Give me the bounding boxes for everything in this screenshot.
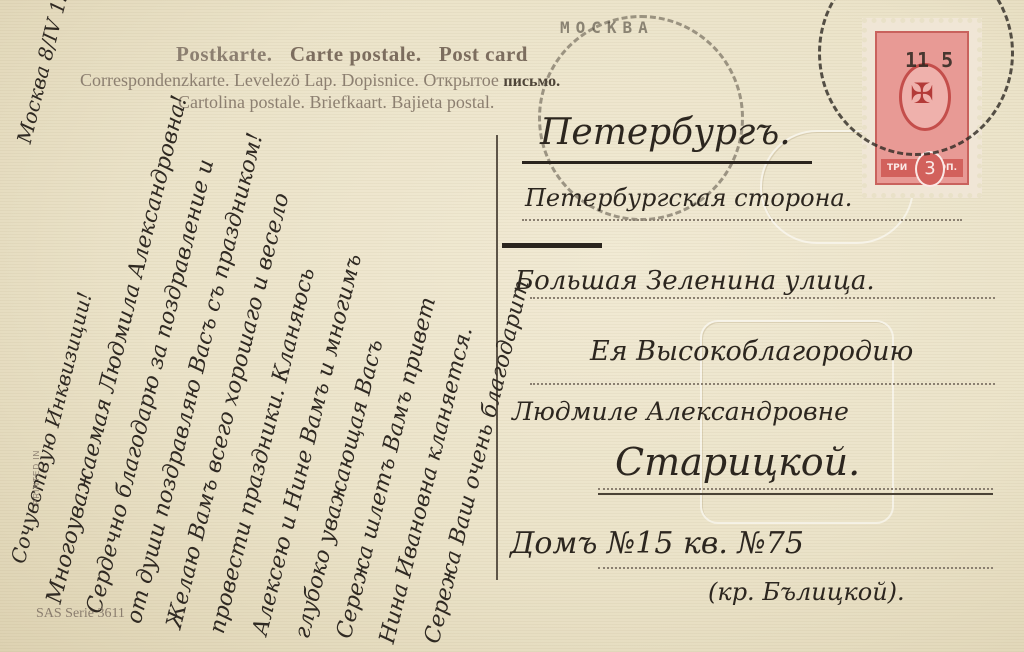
address-honorific: Ея Высокоблагородию [590, 336, 913, 367]
address-given-names: Людмиле Александровне [512, 397, 849, 426]
message-date: Москва 8/IV 19 11 г. [12, 0, 87, 146]
address-dash [502, 243, 602, 248]
postmark-date: 11 5 [905, 48, 953, 72]
city-underline [522, 161, 812, 164]
address-line-4 [598, 488, 993, 490]
address-city: Петербургъ. [540, 112, 791, 153]
address-note: (кр. Бълицкой). [708, 578, 905, 606]
surname-underline [598, 493, 993, 495]
address-line-1 [522, 219, 962, 221]
stamp-left-label: ТРИ [887, 163, 907, 173]
address-surname: Старицкой. [615, 440, 860, 484]
publisher-series-mark: SAS Serie 3611 [36, 606, 125, 622]
handwritten-message: Москва 8/IV 19 11 г. Многоуважаемая Людм… [0, 0, 500, 652]
postmark-city: МОСКВА [560, 18, 654, 37]
address-house: Домъ №15 кв. №75 [510, 526, 804, 561]
address-line-2 [530, 297, 995, 299]
address-line-3 [530, 383, 995, 385]
address-district: Петербургская сторона. [525, 184, 852, 212]
printed-in-mark: PRINTED IN [32, 450, 41, 505]
postcard-back: Postkarte. Carte postale. Post card Corr… [0, 0, 1024, 652]
address-street: Большая Зеленина улица. [515, 266, 875, 296]
address-line-5 [598, 567, 993, 569]
stamp-value: 3 [915, 151, 945, 187]
